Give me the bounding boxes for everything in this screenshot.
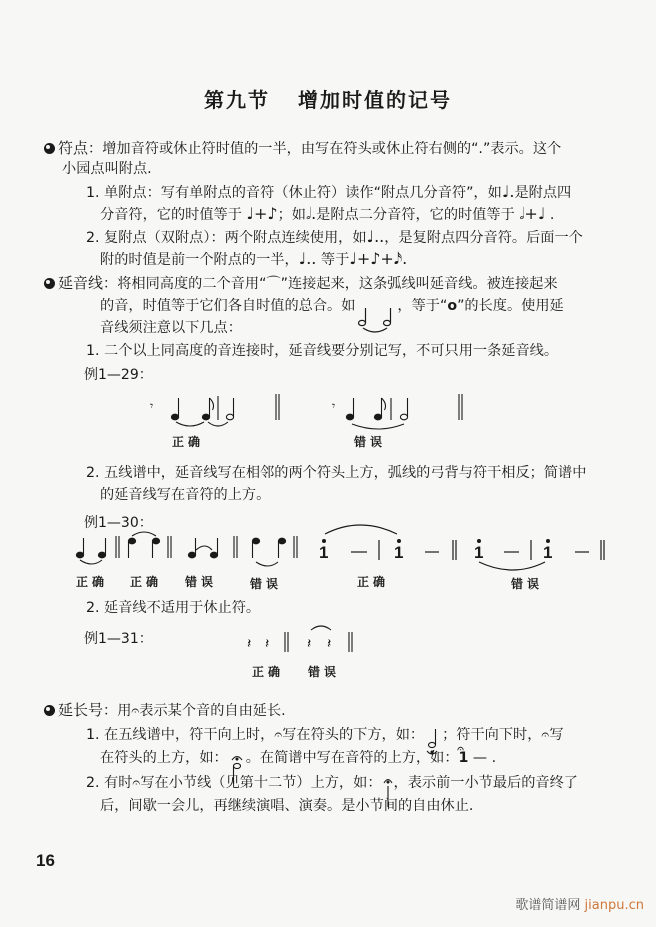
svg-text:𝄾: 𝄾	[150, 399, 153, 413]
label-correct: 正确	[130, 573, 162, 590]
dotted-half-note-icon: 𝅗𝅥.	[306, 204, 316, 223]
dotted-quarter-note-icon: ♩.	[502, 182, 515, 201]
svg-text:𝄽: 𝄽	[327, 636, 331, 652]
example-1-29-notation: 𝄾 𝄾	[150, 392, 550, 432]
term-tie: 延音线	[58, 274, 103, 292]
double-dot-line2: 附的时值是前一个附点的一半，♩.. 等于♩+♪+𝅘𝅥𝅯.	[100, 249, 407, 270]
section-number: 第九节	[204, 88, 270, 112]
whole-note-icon: o	[447, 298, 457, 314]
label-wrong: 错误	[511, 575, 543, 592]
quarter-eighth-sixteenth-icon: ♩+♪+𝅘𝅥𝅯.	[349, 249, 407, 268]
fermata-rule2-line1: 2. 有时𝄐写在小节线（见第十二节）上方，如： ，表示前一小节最后的音终了	[86, 773, 578, 793]
term-dotted: 符点	[58, 139, 88, 157]
watermark: 歌谱简谱网 jianpu.cn	[515, 894, 644, 913]
double-dot-line1: 2. 复附点（双附点）：两个附点连续使用，如♩..，是复附点四分音符。后面一个	[86, 227, 583, 248]
tie-definition-line2: 的音，时值等于它们各自时值的总合。如 ，等于“o”的长度。使用延	[100, 296, 564, 316]
section-title: 第九节增加时值的记号	[0, 84, 656, 113]
svg-text:1: 1	[474, 543, 483, 562]
svg-text:𝄽: 𝄽	[265, 636, 269, 652]
label-correct: 正确	[252, 663, 284, 680]
label-wrong: 错误	[308, 663, 340, 680]
section-name: 增加时值的记号	[298, 88, 452, 112]
label-wrong: 错误	[185, 573, 217, 590]
page-number: 16	[36, 851, 55, 871]
single-dot-line1: 1. 单附点：写有单附点的音符（休止符）读作“附点几分音符”，如♩.是附点四	[86, 182, 571, 203]
tie-rule2-line1: 2. 五线谱中，延音线写在相邻的两个符头上方，弧线的弓背与符干相反；简谱中	[86, 463, 586, 483]
svg-text:𝄾: 𝄾	[332, 399, 335, 413]
term-fermata: 延长号	[58, 701, 103, 719]
half-plus-quarter-icon: 𝅗𝅥+♩	[519, 204, 545, 223]
dotted-definition-line2: 小园点叫附点.	[62, 159, 152, 179]
tie-definition-line3: 音线须注意以下几点：	[100, 318, 242, 338]
label-wrong: 错误	[354, 433, 386, 450]
jianpu-fermata-example: 𝄐1	[459, 750, 469, 766]
fermata-rule1-line1: 1. 在五线谱中，符干向上时，𝄐写在符头的下方，如： ；符干向下时，𝄐写	[86, 725, 564, 745]
svg-text:1: 1	[394, 543, 403, 562]
tie-definition-line1: 延音线：将相同高度的二个音用“⌒”连接起来，这条弧线叫延音线。被连接起来	[44, 273, 558, 294]
example-1-30-staff-notation	[72, 528, 312, 578]
single-dot-line2: 分音符，它的时值等于 ♩+♪；如𝅗𝅥.是附点二分音符，它的时值等于 𝅗𝅥+♩ .	[100, 204, 554, 225]
dotted-definition-line1: 符点：增加音符或休止符时值的一半，由写在符头或休止符右侧的“.”表示。这个	[44, 138, 561, 159]
svg-text:𝄽: 𝄽	[307, 636, 311, 652]
fermata-definition: 延长号：用𝄐表示某个音的自由延长.	[44, 700, 286, 721]
fermata-rule2-line2: 后，间歇一会儿，再继续演唱、演奏。是小节间的自由休止.	[100, 796, 473, 816]
example-1-31-label: 例1—31：	[84, 628, 153, 648]
double-dotted-quarter-icon: ♩..	[299, 249, 317, 268]
label-correct: 正确	[357, 573, 389, 590]
svg-text:1: 1	[319, 543, 328, 562]
example-1-29-label: 例1—29：	[84, 364, 153, 384]
tie-rule3: 2. 延音线不适用于休止符。	[86, 598, 260, 618]
label-wrong: 错误	[250, 575, 282, 592]
svg-text:1: 1	[543, 543, 552, 562]
double-dotted-quarter-icon: ♩..	[367, 227, 385, 246]
label-correct: 正确	[172, 433, 204, 450]
svg-text:𝄽: 𝄽	[247, 636, 251, 652]
example-1-30-jianpu-notation: 1 1 1 1	[305, 520, 615, 570]
bullet-icon	[44, 278, 55, 289]
tie-rule1: 1. 二个以上同高度的音连接时，延音线要分别记写，不可只用一条延音线。	[86, 341, 558, 361]
tie-rule2-line2: 的延音线写在音符的上方。	[100, 485, 270, 505]
example-1-31-rest-notation: 𝄽 𝄽 𝄽 𝄽	[245, 622, 365, 658]
quarter-plus-eighth-icon: ♩+♪	[246, 204, 277, 223]
bullet-icon	[44, 705, 55, 716]
fermata-rule1-line2: 在符头的上方，如： 。在简谱中写在音符的上方，如：𝄐1 — .	[100, 748, 496, 768]
label-correct: 正确	[76, 573, 108, 590]
bullet-icon	[44, 143, 55, 154]
